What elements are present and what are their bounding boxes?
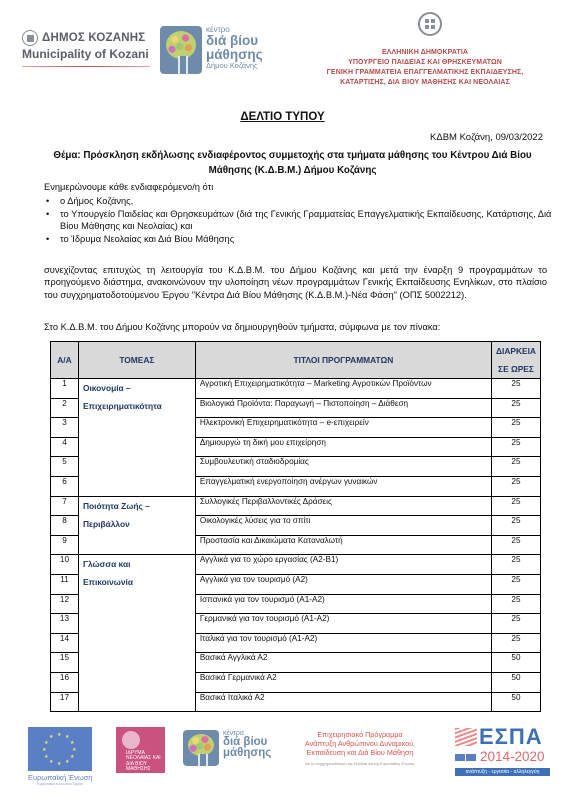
program-hours: 50 <box>491 672 540 692</box>
table-header-row: Α/Α ΤΟΜΕΑΣ ΤΙΤΛΟΙ ΠΡΟΓΡΑΜΜΑΤΩΝ ΔΙΑΡΚΕΙΑ … <box>51 342 541 379</box>
row-number: 10 <box>51 555 79 575</box>
program-title: Συλλογικές Περιβαλλοντικές Δράσεις <box>195 496 491 516</box>
eu-label: Ευρωπαϊκή Ένωση <box>28 773 92 782</box>
row-number: 7 <box>51 496 79 516</box>
program-hours: 50 <box>491 653 540 673</box>
program-hours: 25 <box>491 594 540 614</box>
row-number: 5 <box>51 457 79 477</box>
program-title: Γερμανικά για τον τουρισμό (A1-A2) <box>195 614 491 634</box>
greek-crest-icon <box>22 30 38 46</box>
ministry-line: ΚΑΤΑΡΤΙΣΗΣ, ΔΙΑ ΒΙΟΥ ΜΑΘΗΣΗΣ ΚΑΙ ΝΕΟΛΑΙΑ… <box>300 78 550 88</box>
document-subject: Θέμα: Πρόσκληση εκδήλωσης ενδιαφέροντος … <box>40 148 545 178</box>
head-silhouette-icon <box>122 731 140 749</box>
document-title: ΔΕΛΤΙΟ ΤΥΠΟΥ <box>0 111 565 123</box>
program-title: Δημιουργώ τη δική μου επιχείρηση <box>195 437 491 457</box>
tree-icon <box>160 26 202 74</box>
espa-slogan: ανάπτυξη - εργασία - αλληλεγγύη <box>455 768 550 776</box>
table-row: 10Γλώσσα καιΕπικοινωνίαΑγγλικά για το χώ… <box>51 555 541 575</box>
sector-name-line1: Οικονομία – <box>83 379 191 397</box>
program-hours: 25 <box>491 574 540 594</box>
program-hours: 25 <box>491 418 540 438</box>
program-title: Αγροτική Επιχειρηματικότητα – Marketing … <box>195 379 491 399</box>
program-title: Αγγλικά για τον τουρισμό (A2) <box>195 574 491 594</box>
program-hours: 25 <box>491 614 540 634</box>
municipality-name-gr: ΔΗΜΟΣ ΚΟΖΑΝΗΣ <box>42 32 145 44</box>
duration-header-line1: ΔΙΑΡΚΕΙΑ <box>496 342 536 360</box>
row-number: 8 <box>51 516 79 536</box>
operational-programme-logo: Επιχειρησιακό Πρόγραμμα Ανάπτυξη Ανθρώπι… <box>280 730 440 769</box>
program-hours: 25 <box>491 476 540 496</box>
list-item: το Υπουργείο Παιδείας και Θρησκευμάτων (… <box>44 208 554 233</box>
espa-wave-icon <box>455 728 477 746</box>
row-number: 13 <box>51 614 79 634</box>
programs-table: Α/Α ΤΟΜΕΑΣ ΤΙΤΛΟΙ ΠΡΟΓΡΑΜΜΑΤΩΝ ΔΙΑΡΚΕΙΑ … <box>50 341 541 712</box>
program-title: Επαγγελματική ενεργοποίηση ανέργων γυναι… <box>195 476 491 496</box>
program-hours: 25 <box>491 379 540 399</box>
program-hours: 25 <box>491 555 540 575</box>
eu-flag-icon: ★★★ ★★★ ★★★ ★★★ <box>28 727 92 771</box>
program-title: Συμβουλευτική σταδιοδρομίας <box>195 457 491 477</box>
intro-text: Ενημερώνουμε κάθε ενδιαφερόμενο/η ότι <box>44 182 213 192</box>
body-paragraph: συνεχίζοντας επιτυχώς τη λειτουργία του … <box>44 264 547 301</box>
kdvm-footer-logo: κέντρα διά βίου μάθησης <box>183 730 271 766</box>
sector-name-line1: Ποιότητα Ζωής – <box>83 497 191 515</box>
eu-logo: ★★★ ★★★ ★★★ ★★★ Ευρωπαϊκή Ένωση Ευρωπαϊκ… <box>28 727 92 786</box>
col-header-title: ΤΙΤΛΟΙ ΠΡΟΓΡΑΜΜΑΤΩΝ <box>195 342 491 379</box>
sector-cell: Ποιότητα Ζωής –Περιβάλλον <box>78 496 195 555</box>
place-date: ΚΔΒΜ Κοζάνη, 09/03/2022 <box>430 132 543 143</box>
op-line2: Ανάπτυξη Ανθρώπινου Δυναμικού, <box>280 739 440 748</box>
municipality-logo: ΔΗΜΟΣ ΚΟΖΑΝΗΣ Municipality of Kozani <box>22 30 152 67</box>
ministry-line: ΕΛΛΗΝΙΚΗ ΔΗΜΟΚΡΑΤΙΑ <box>300 48 550 58</box>
sector-name-line2: Επικοινωνία <box>83 573 191 591</box>
program-hours: 25 <box>491 516 540 536</box>
program-title: Βασικά Αγγλικά Α2 <box>195 653 491 673</box>
row-number: 15 <box>51 653 79 673</box>
program-title: Αγγλικά για το χώρο εργασίας (A2-B1) <box>195 555 491 575</box>
row-number: 2 <box>51 398 79 418</box>
row-number: 16 <box>51 672 79 692</box>
kdvm-logo-line2: διά βίου <box>206 34 263 48</box>
partners-list: ο Δήμος Κοζάνης, το Υπουργείο Παιδείας κ… <box>44 195 554 245</box>
row-number: 4 <box>51 437 79 457</box>
table-row: 7Ποιότητα Ζωής –ΠεριβάλλονΣυλλογικές Περ… <box>51 496 541 516</box>
sector-cell: Γλώσσα καιΕπικοινωνία <box>78 555 195 712</box>
sector-cell: Οικονομία –Επιχειρηματικότητα <box>78 379 195 497</box>
esf-label: Ευρωπαϊκό Κοινωνικό Ταμείο <box>28 782 92 786</box>
op-cofund: Με τη συγχρηματοδότηση της Ελλάδας και τ… <box>280 760 440 769</box>
program-hours: 25 <box>491 535 540 555</box>
program-hours: 25 <box>491 633 540 653</box>
row-number: 14 <box>51 633 79 653</box>
op-line3: Εκπαίδευση και Διά Βίου Μάθηση <box>280 748 440 757</box>
tree-icon <box>183 730 219 766</box>
espa-years: 2014-2020 <box>480 750 545 764</box>
row-number: 6 <box>51 476 79 496</box>
list-item: ο Δήμος Κοζάνης, <box>44 195 554 208</box>
program-hours: 25 <box>491 437 540 457</box>
ministry-line: ΥΠΟΥΡΓΕΙΟ ΠΑΙΔΕΙΑΣ ΚΑΙ ΘΡΗΣΚΕΥΜΑΤΩΝ <box>300 58 550 68</box>
espa-word: ΕΣΠΑ <box>479 727 543 747</box>
duration-header-line2: ΣΕ ΩΡΕΣ <box>496 360 536 378</box>
espa-logo: ΕΣΠΑ 2014-2020 ανάπτυξη - εργασία - αλλη… <box>455 727 550 776</box>
kdvm-logo-line3: μάθησης <box>206 48 263 62</box>
list-item: το Ίδρυμα Νεολαίας και Διά Βίου Μάθησης <box>44 233 554 246</box>
municipality-name-en: Municipality of Kozani <box>22 47 152 61</box>
table-body: 1Οικονομία –ΕπιχειρηματικότηταΑγροτική Ε… <box>51 379 541 712</box>
ministry-header: ΕΛΛΗΝΙΚΗ ΔΗΜΟΚΡΑΤΙΑ ΥΠΟΥΡΓΕΙΟ ΠΑΙΔΕΙΑΣ Κ… <box>300 48 550 88</box>
program-title: Προστασία και Δικαιώματα Καταναλωτή <box>195 535 491 555</box>
sector-name-line2: Περιβάλλον <box>83 515 191 533</box>
row-number: 11 <box>51 574 79 594</box>
program-hours: 25 <box>491 496 540 516</box>
program-title: Βασικά Ιταλικά Α2 <box>195 692 491 712</box>
sector-name-line1: Γλώσσα και <box>83 555 191 573</box>
sector-name-line2: Επιχειρηματικότητα <box>83 397 191 415</box>
table-row: 1Οικονομία –ΕπιχειρηματικότηταΑγροτική Ε… <box>51 379 541 399</box>
row-number: 17 <box>51 692 79 712</box>
program-hours: 25 <box>491 398 540 418</box>
program-title: Βασικά Γερμανικά Α2 <box>195 672 491 692</box>
flags-icon <box>455 748 477 766</box>
kdvm-logo-line4: Δήμου Κοζάνης <box>206 62 263 70</box>
row-number: 12 <box>51 594 79 614</box>
program-hours: 50 <box>491 692 540 712</box>
op-line1: Επιχειρησιακό Πρόγραμμα <box>280 730 440 739</box>
program-title: Βιολογικά Προϊόντα: Παραγωγή – Πιστοποίη… <box>195 398 491 418</box>
col-header-sector: ΤΟΜΕΑΣ <box>78 342 195 379</box>
hellenic-republic-crest-icon <box>418 12 442 36</box>
row-number: 3 <box>51 418 79 438</box>
table-intro: Στο Κ.Δ.Β.Μ. του Δήμου Κοζάνης μπορούν ν… <box>44 322 440 332</box>
program-title: Ηλεκτρονική Επιχειρηματικότητα – e-επιχε… <box>195 418 491 438</box>
col-header-aa: Α/Α <box>51 342 79 379</box>
row-number: 1 <box>51 379 79 399</box>
kdvm-logo: κέντρο διά βίου μάθησης Δήμου Κοζάνης <box>160 26 263 74</box>
inedivim-logo: ΙΔΡΥΜΑ ΝΕΟΛΑΙΑΣ ΚΑΙ ΔΙΑ ΒΙΟΥ ΜΑΘΗΣΗΣ <box>116 727 165 773</box>
kdvm-footer-line3: μάθησης <box>223 748 271 759</box>
program-hours: 25 <box>491 457 540 477</box>
ministry-line: ΓΕΝΙΚΗ ΓΡΑΜΜΑΤΕΙΑ ΕΠΑΓΓΕΛΜΑΤΙΚΗΣ ΕΚΠΑΙΔΕ… <box>300 68 550 78</box>
program-title: Οικολογικές λύσεις για το σπίτι <box>195 516 491 536</box>
program-title: Ιταλικά για τον τουρισμό (A1-A2) <box>195 633 491 653</box>
program-title: Ισπανικά για τον τουρισμό (A1-A2) <box>195 594 491 614</box>
logo-underline <box>22 66 150 67</box>
inedivim-label: ΙΔΡΥΜΑ ΝΕΟΛΑΙΑΣ ΚΑΙ ΔΙΑ ΒΙΟΥ ΜΑΘΗΣΗΣ <box>126 750 161 772</box>
row-number: 9 <box>51 535 79 555</box>
col-header-duration: ΔΙΑΡΚΕΙΑ ΣΕ ΩΡΕΣ <box>491 342 540 379</box>
